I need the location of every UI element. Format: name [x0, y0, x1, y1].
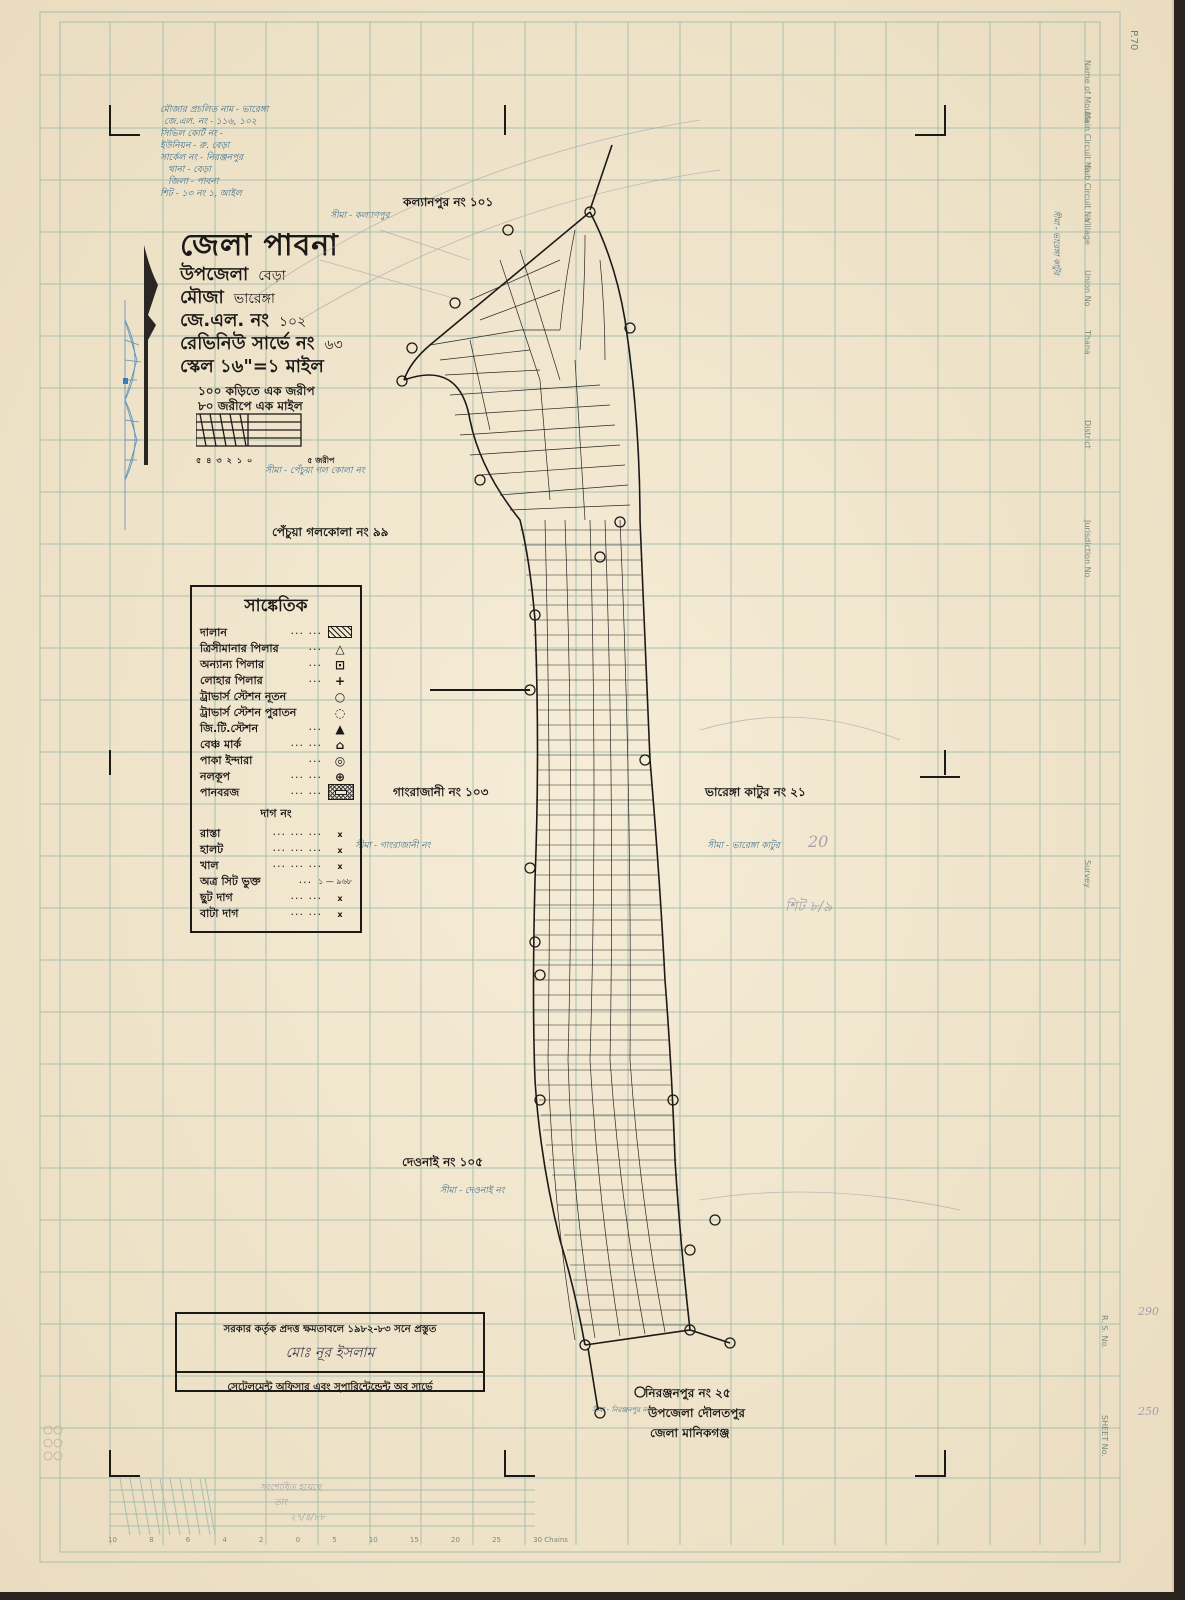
- binding-holes: [42, 1425, 66, 1465]
- neighbor-gangrajani: গাংরাজানী নং ১০৩: [393, 784, 488, 804]
- prepared-line: সরকার কর্তৃক প্রদত্ত ক্ষমতাবলে ১৯৮২-৮৩ স…: [177, 1322, 483, 1339]
- neighbor-district-manikganj: জেলা মানিকগঞ্জ: [650, 1425, 729, 1445]
- neighbor-pechua-golkola: পেঁচুয়া গলকোলা নং ৯৯: [272, 524, 388, 544]
- pencil-note-250: 250: [1138, 1405, 1159, 1418]
- neighbor-niranjanpur: নিরঞ্জনপুর নং ২৫: [645, 1385, 731, 1405]
- neighbor-bharenga-katur: ভারেঙ্গা কাটুর নং ২১: [705, 784, 806, 804]
- pencil-note-bottom: সংশোধিত হয়েছে তাং ২৭/৪/৮৮: [260, 1480, 325, 1525]
- pencil-note-sheet: শিট ৮/৯: [785, 895, 832, 919]
- pencil-note-290: 290: [1138, 1305, 1159, 1318]
- map-sheet: 10 8 6 4 2 0 5 10 15 20 25 30 Chains P.7…: [0, 0, 1174, 1592]
- neighbor-upazila-daulatpur: উপজেলা দৌলতপুর: [648, 1405, 745, 1425]
- officer-signature: মোঃ নূর ইসলাম: [177, 1341, 483, 1365]
- officer-title: সেটেলমেন্ট অফিসার এবং সুপারিন্টেন্ডেন্ট …: [177, 1380, 483, 1397]
- neighbor-dewnai: দেওনাই নং ১০৫: [402, 1154, 483, 1174]
- certification-box: সরকার কর্তৃক প্রদত্ত ক্ষমতাবলে ১৯৮২-৮৩ স…: [175, 1312, 485, 1392]
- pencil-note-20: 20: [808, 832, 828, 851]
- neighbor-kalyanpur: কল্যানপুর নং ১০১: [403, 194, 493, 214]
- footer-divider: [177, 1371, 483, 1373]
